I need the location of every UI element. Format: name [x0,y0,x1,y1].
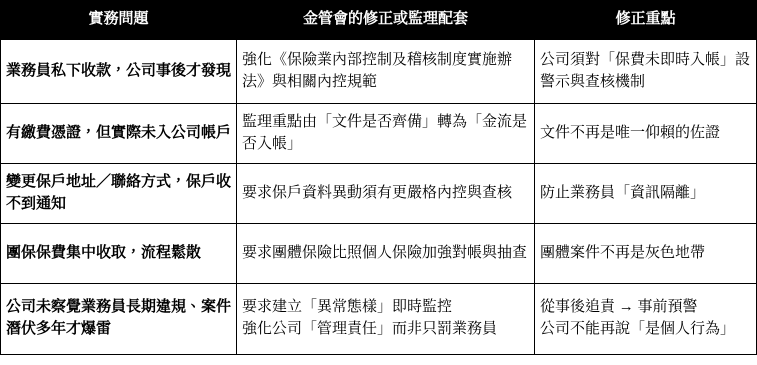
cell-measure: 要求團體保險比照個人保險加強對帳與抽查 [237,224,535,284]
cell-focus: 防止業務員「資訊隔離」 [535,164,757,224]
cell-problem: 團保保費集中收取，流程鬆散 [1,224,237,284]
cell-measure: 要求保戶資料異動須有更嚴格內控與查核 [237,164,535,224]
table-row: 有繳費憑證，但實際未入公司帳戶 監理重點由「文件是否齊備」轉為「金流是否入帳」 … [1,104,757,164]
header-problem: 實務問題 [1,1,237,40]
table-row: 公司未察覺業務員長期違規、案件潛伏多年才爆雷 要求建立「異常態樣」即時監控 強化… [1,284,757,355]
cell-focus: 文件不再是唯一仰賴的佐證 [535,104,757,164]
cell-problem: 變更保戶地址／聯絡方式，保戶收不到通知 [1,164,237,224]
table-row: 業務員私下收款，公司事後才發現 強化《保險業內部控制及稽核制度實施辦法》與相關內… [1,40,757,104]
cell-problem: 業務員私下收款，公司事後才發現 [1,40,237,104]
table-header-row: 實務問題 金管會的修正或監理配套 修正重點 [1,1,757,40]
cell-measure: 要求建立「異常態樣」即時監控 強化公司「管理責任」而非只罰業務員 [237,284,535,355]
table-row: 團保保費集中收取，流程鬆散 要求團體保險比照個人保險加強對帳與抽查 團體案件不再… [1,224,757,284]
cell-problem: 公司未察覺業務員長期違規、案件潛伏多年才爆雷 [1,284,237,355]
header-measure: 金管會的修正或監理配套 [237,1,535,40]
cell-problem: 有繳費憑證，但實際未入公司帳戶 [1,104,237,164]
cell-focus: 團體案件不再是灰色地帶 [535,224,757,284]
header-focus: 修正重點 [535,1,757,40]
cell-focus: 公司須對「保費未即時入帳」設警示與查核機制 [535,40,757,104]
cell-measure: 強化《保險業內部控制及稽核制度實施辦法》與相關內控規範 [237,40,535,104]
table-row: 變更保戶地址／聯絡方式，保戶收不到通知 要求保戶資料異動須有更嚴格內控與查核 防… [1,164,757,224]
cell-focus: 從事後追責 → 事前預警 公司不能再說「是個人行為」 [535,284,757,355]
cell-measure: 監理重點由「文件是否齊備」轉為「金流是否入帳」 [237,104,535,164]
regulation-table: 實務問題 金管會的修正或監理配套 修正重點 業務員私下收款，公司事後才發現 強化… [0,0,757,355]
